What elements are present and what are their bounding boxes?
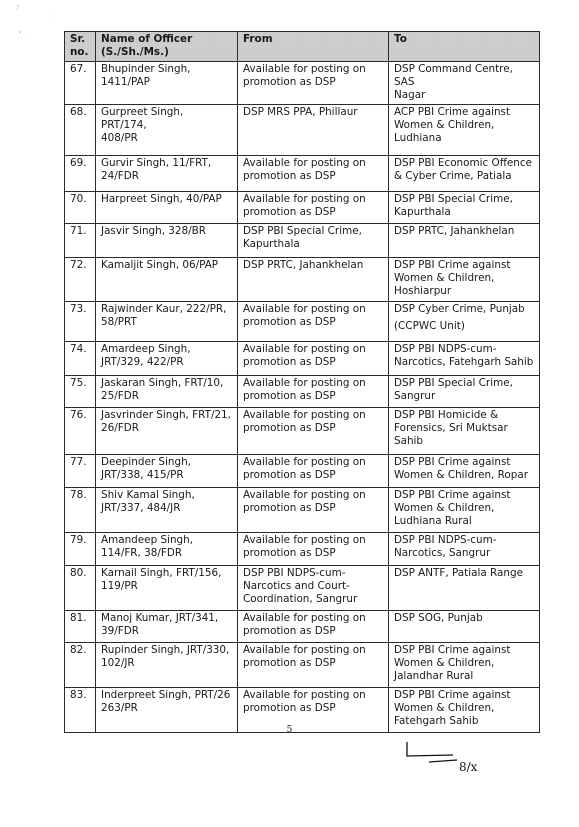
cell-officer-name: Bhupinder Singh, 1411/PAP <box>96 62 238 105</box>
cell-from: DSP MRS PPA, Phillaur <box>238 105 389 156</box>
cell-sr-no-text: 83. <box>70 689 90 702</box>
cell-officer-name-text: Gurvir Singh, 11/FRT, 24/FDR <box>101 157 232 183</box>
table-row: 81.Manoj Kumar, JRT/341, 39/FDRAvailable… <box>65 611 540 643</box>
cell-from: Available for posting on promotion as DS… <box>238 156 389 192</box>
cell-officer-name: Amardeep Singh, JRT/329, 422/PR <box>96 342 238 376</box>
table-row: 69.Gurvir Singh, 11/FRT, 24/FDRAvailable… <box>65 156 540 192</box>
cell-from: Available for posting on promotion as DS… <box>238 342 389 376</box>
cell-from: Available for posting on promotion as DS… <box>238 192 389 224</box>
table-row: 75.Jaskaran Singh, FRT/10, 25/FDRAvailab… <box>65 376 540 408</box>
cell-sr-no-text: 79. <box>70 534 90 547</box>
cell-to-text: DSP PBI Special Crime, Sangrur <box>394 377 534 403</box>
cell-sr-no-text: 73. <box>70 303 90 316</box>
cell-sr-no-text: 81. <box>70 612 90 625</box>
cell-to: DSP SOG, Punjab <box>389 611 540 643</box>
cell-officer-name: Amandeep Singh, 114/FR, 38/FDR <box>96 533 238 566</box>
cell-sr-no-text: 70. <box>70 193 90 206</box>
cell-from-text: Available for posting on promotion as DS… <box>243 377 383 403</box>
cell-sr-no: 75. <box>65 376 96 408</box>
cell-officer-name: Kamaljit Singh, 06/PAP <box>96 258 238 302</box>
cell-to-text: DSP PBI NDPS-cum- Narcotics, Fatehgarh S… <box>394 343 534 369</box>
cell-officer-name-text: Gurpreet Singh, PRT/174, 408/PR <box>101 106 232 145</box>
cell-officer-name: Manoj Kumar, JRT/341, 39/FDR <box>96 611 238 643</box>
cell-sr-no-text: 80. <box>70 567 90 580</box>
cell-sr-no-text: 82. <box>70 644 90 657</box>
cell-to: DSP PBI Special Crime, Sangrur <box>389 376 540 408</box>
cell-to: DSP PRTC, Jahankhelan <box>389 224 540 258</box>
cell-sr-no: 73. <box>65 302 96 342</box>
cell-to-text: DSP PRTC, Jahankhelan <box>394 225 534 238</box>
table-row: 72.Kamaljit Singh, 06/PAPDSP PRTC, Jahan… <box>65 258 540 302</box>
table-row: 80.Karnail Singh, FRT/156, 119/PRDSP PBI… <box>65 566 540 611</box>
cell-from: Available for posting on promotion as DS… <box>238 488 389 533</box>
cell-sr-no: 78. <box>65 488 96 533</box>
cell-to: DSP PBI Economic Offence & Cyber Crime, … <box>389 156 540 192</box>
cell-to-text: DSP Command Centre, SAS Nagar <box>394 63 534 102</box>
header-to: To <box>389 32 540 62</box>
cell-officer-name: Gurpreet Singh, PRT/174, 408/PR <box>96 105 238 156</box>
cell-sr-no-text: 77. <box>70 456 90 469</box>
cell-sr-no: 81. <box>65 611 96 643</box>
cell-sr-no: 69. <box>65 156 96 192</box>
cell-to-text: DSP PBI Crime against Women & Children, … <box>394 689 534 728</box>
cell-from: Available for posting on promotion as DS… <box>238 643 389 688</box>
cell-from: DSP PBI Special Crime, Kapurthala <box>238 224 389 258</box>
cell-to: DSP PBI Crime against Women & Children, … <box>389 643 540 688</box>
cell-officer-name-text: Deepinder Singh, JRT/338, 415/PR <box>101 456 232 482</box>
cell-to-text: DSP PBI Economic Offence & Cyber Crime, … <box>394 157 534 183</box>
cell-officer-name-text: Jasvir Singh, 328/BR <box>101 225 232 238</box>
cell-from-text: Available for posting on promotion as DS… <box>243 157 383 183</box>
cell-sr-no: 77. <box>65 455 96 488</box>
cell-officer-name-text: Amardeep Singh, JRT/329, 422/PR <box>101 343 232 369</box>
table-body: 67.Bhupinder Singh, 1411/PAPAvailable fo… <box>65 62 540 733</box>
cell-officer-name-text: Manoj Kumar, JRT/341, 39/FDR <box>101 612 232 638</box>
table-row: 79.Amandeep Singh, 114/FR, 38/FDRAvailab… <box>65 533 540 566</box>
cell-from-text: Available for posting on promotion as DS… <box>243 456 383 482</box>
cell-from-text: DSP MRS PPA, Phillaur <box>243 106 383 119</box>
cell-from: Available for posting on promotion as DS… <box>238 408 389 455</box>
header-name-of-officer: Name of Officer (S./Sh./Ms.) <box>96 32 238 62</box>
cell-to-text: DSP PBI Homicide & Forensics, Sri Muktsa… <box>394 409 534 448</box>
cell-from-text: Available for posting on promotion as DS… <box>243 343 383 369</box>
cell-from-text: Available for posting on promotion as DS… <box>243 193 383 219</box>
cell-sr-no-text: 71. <box>70 225 90 238</box>
cell-from: Available for posting on promotion as DS… <box>238 62 389 105</box>
signature-note: 8/x <box>459 760 478 774</box>
cell-to: DSP PBI Crime against Women & Children, … <box>389 258 540 302</box>
table-row: 67.Bhupinder Singh, 1411/PAPAvailable fo… <box>65 62 540 105</box>
cell-from-text: Available for posting on promotion as DS… <box>243 63 383 89</box>
cell-officer-name: Jasvrinder Singh, FRT/21, 26/FDR <box>96 408 238 455</box>
cell-to-text: DSP PBI Special Crime, Kapurthala <box>394 193 534 219</box>
cell-officer-name-text: Shiv Kamal Singh, JRT/337, 484/JR <box>101 489 232 515</box>
document-page: Sr. no. Name of Officer (S./Sh./Ms.) Fro… <box>0 0 579 827</box>
cell-officer-name-text: Jaskaran Singh, FRT/10, 25/FDR <box>101 377 232 403</box>
cell-sr-no: 67. <box>65 62 96 105</box>
header-sr-no: Sr. no. <box>65 32 96 62</box>
cell-from: DSP PRTC, Jahankhelan <box>238 258 389 302</box>
cell-from-text: Available for posting on promotion as DS… <box>243 644 383 670</box>
cell-officer-name: Harpreet Singh, 40/PAP <box>96 192 238 224</box>
table-row: 82.Rupinder Singh, JRT/330, 102/JRAvaila… <box>65 643 540 688</box>
cell-to-text: DSP SOG, Punjab <box>394 612 534 625</box>
cell-from-text: Available for posting on promotion as DS… <box>243 534 383 560</box>
cell-from-text: Available for posting on promotion as DS… <box>243 689 383 715</box>
cell-officer-name: Jasvir Singh, 328/BR <box>96 224 238 258</box>
cell-officer-name: Jaskaran Singh, FRT/10, 25/FDR <box>96 376 238 408</box>
cell-officer-name: Deepinder Singh, JRT/338, 415/PR <box>96 455 238 488</box>
cell-officer-name: Karnail Singh, FRT/156, 119/PR <box>96 566 238 611</box>
cell-to-text: DSP PBI NDPS-cum- Narcotics, Sangrur <box>394 534 534 560</box>
table-row: 74.Amardeep Singh, JRT/329, 422/PRAvaila… <box>65 342 540 376</box>
cell-to-text: DSP PBI Crime against Women & Children, … <box>394 644 534 683</box>
cell-officer-name-text: Amandeep Singh, 114/FR, 38/FDR <box>101 534 232 560</box>
cell-sr-no: 79. <box>65 533 96 566</box>
cell-from: Available for posting on promotion as DS… <box>238 533 389 566</box>
cell-officer-name-text: Inderpreet Singh, PRT/26 263/PR <box>101 689 232 715</box>
table-row: 78.Shiv Kamal Singh, JRT/337, 484/JRAvai… <box>65 488 540 533</box>
cell-officer-name: Rajwinder Kaur, 222/PR, 58/PRT <box>96 302 238 342</box>
cell-to-text: DSP PBI Crime against Women & Children, … <box>394 456 534 482</box>
cell-officer-name-text: Jasvrinder Singh, FRT/21, 26/FDR <box>101 409 232 435</box>
header-from: From <box>238 32 389 62</box>
cell-to-text: DSP PBI Crime against Women & Children, … <box>394 489 534 528</box>
cell-to: DSP PBI Crime against Women & Children, … <box>389 488 540 533</box>
cell-sr-no-text: 67. <box>70 63 90 76</box>
cell-from-text: Available for posting on promotion as DS… <box>243 303 383 329</box>
cell-officer-name-text: Rajwinder Kaur, 222/PR, 58/PRT <box>101 303 232 329</box>
cell-to: DSP ANTF, Patiala Range <box>389 566 540 611</box>
cell-sr-no-text: 74. <box>70 343 90 356</box>
cell-sr-no-text: 78. <box>70 489 90 502</box>
cell-sr-no: 71. <box>65 224 96 258</box>
cell-from-text: DSP PBI Special Crime, Kapurthala <box>243 225 383 251</box>
cell-from-text: Available for posting on promotion as DS… <box>243 489 383 515</box>
cell-to: DSP PBI NDPS-cum- Narcotics, Sangrur <box>389 533 540 566</box>
table-row: 68.Gurpreet Singh, PRT/174, 408/PRDSP MR… <box>65 105 540 156</box>
cell-to-text: DSP Cyber Crime, Punjab <box>394 303 534 316</box>
cell-sr-no: 68. <box>65 105 96 156</box>
page-number: 5 <box>0 725 579 735</box>
cell-to-extra-text: (CCPWC Unit) <box>394 320 534 333</box>
cell-from: Available for posting on promotion as DS… <box>238 376 389 408</box>
cell-officer-name-text: Kamaljit Singh, 06/PAP <box>101 259 232 272</box>
cell-sr-no: 74. <box>65 342 96 376</box>
cell-sr-no: 70. <box>65 192 96 224</box>
officer-posting-table: Sr. no. Name of Officer (S./Sh./Ms.) Fro… <box>64 31 540 733</box>
cell-officer-name: Gurvir Singh, 11/FRT, 24/FDR <box>96 156 238 192</box>
table-row: 76.Jasvrinder Singh, FRT/21, 26/FDRAvail… <box>65 408 540 455</box>
cell-sr-no-text: 75. <box>70 377 90 390</box>
cell-sr-no: 82. <box>65 643 96 688</box>
cell-sr-no: 72. <box>65 258 96 302</box>
cell-to: DSP PBI Special Crime, Kapurthala <box>389 192 540 224</box>
cell-to-text: DSP ANTF, Patiala Range <box>394 567 534 580</box>
cell-to: ACP PBI Crime against Women & Children, … <box>389 105 540 156</box>
cell-to-text: ACP PBI Crime against Women & Children, … <box>394 106 534 145</box>
cell-to: DSP Command Centre, SAS Nagar <box>389 62 540 105</box>
cell-sr-no-text: 69. <box>70 157 90 170</box>
cell-from: DSP PBI NDPS-cum- Narcotics and Court- C… <box>238 566 389 611</box>
cell-officer-name: Shiv Kamal Singh, JRT/337, 484/JR <box>96 488 238 533</box>
cell-to-text: DSP PBI Crime against Women & Children, … <box>394 259 534 298</box>
cell-to: DSP PBI Crime against Women & Children, … <box>389 455 540 488</box>
table-row: 71.Jasvir Singh, 328/BRDSP PBI Special C… <box>65 224 540 258</box>
cell-from: Available for posting on promotion as DS… <box>238 302 389 342</box>
cell-sr-no-text: 68. <box>70 106 90 119</box>
cell-officer-name: Rupinder Singh, JRT/330, 102/JR <box>96 643 238 688</box>
cell-to: DSP PBI NDPS-cum- Narcotics, Fatehgarh S… <box>389 342 540 376</box>
table-row: 73.Rajwinder Kaur, 222/PR, 58/PRTAvailab… <box>65 302 540 342</box>
cell-sr-no: 80. <box>65 566 96 611</box>
cell-sr-no: 76. <box>65 408 96 455</box>
cell-from: Available for posting on promotion as DS… <box>238 455 389 488</box>
cell-officer-name-text: Bhupinder Singh, 1411/PAP <box>101 63 232 89</box>
cell-from-text: Available for posting on promotion as DS… <box>243 409 383 435</box>
cell-to: DSP Cyber Crime, Punjab(CCPWC Unit) <box>389 302 540 342</box>
cell-from-text: DSP PRTC, Jahankhelan <box>243 259 383 272</box>
cell-from-text: DSP PBI NDPS-cum- Narcotics and Court- C… <box>243 567 383 606</box>
cell-sr-no-text: 76. <box>70 409 90 422</box>
table-header-row: Sr. no. Name of Officer (S./Sh./Ms.) Fro… <box>65 32 540 62</box>
cell-officer-name-text: Harpreet Singh, 40/PAP <box>101 193 232 206</box>
cell-from: Available for posting on promotion as DS… <box>238 611 389 643</box>
handwritten-signature: 8/x <box>395 738 525 798</box>
cell-to: DSP PBI Homicide & Forensics, Sri Muktsa… <box>389 408 540 455</box>
cell-officer-name-text: Karnail Singh, FRT/156, 119/PR <box>101 567 232 593</box>
scan-speck-marks <box>0 0 60 60</box>
cell-officer-name-text: Rupinder Singh, JRT/330, 102/JR <box>101 644 232 670</box>
table-row: 77.Deepinder Singh, JRT/338, 415/PRAvail… <box>65 455 540 488</box>
table-row: 70.Harpreet Singh, 40/PAPAvailable for p… <box>65 192 540 224</box>
cell-sr-no-text: 72. <box>70 259 90 272</box>
cell-from-text: Available for posting on promotion as DS… <box>243 612 383 638</box>
